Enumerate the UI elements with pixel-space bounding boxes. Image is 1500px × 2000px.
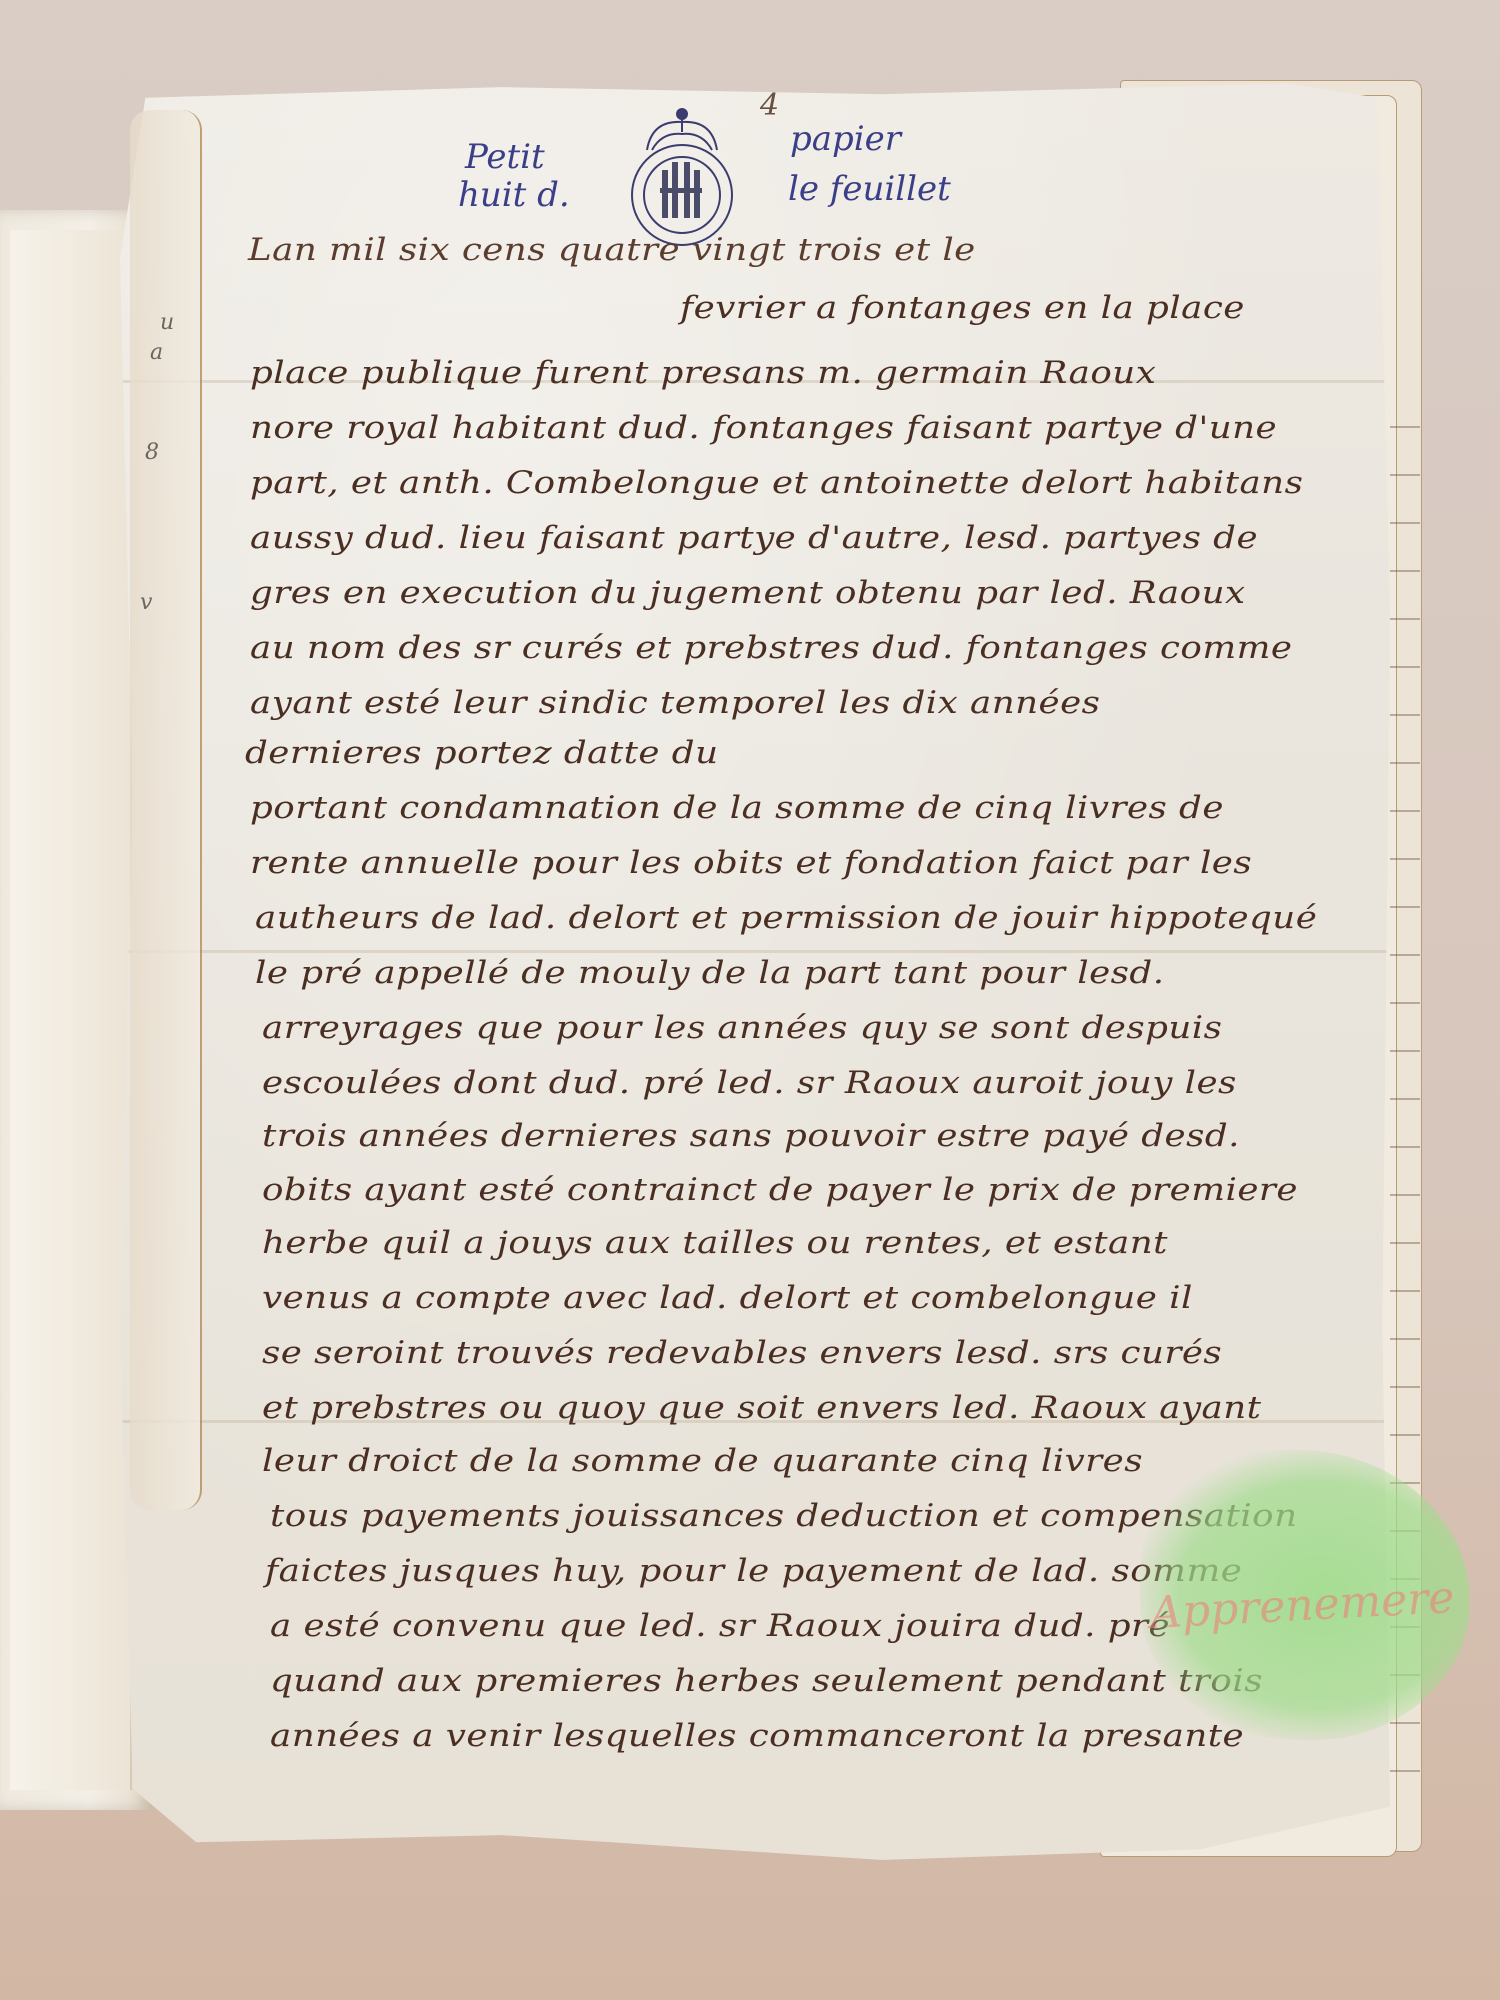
margin-mark: v <box>140 590 152 615</box>
left-leaf-inner <box>10 230 132 1790</box>
text-line: escoulées dont dud. pré led. sr Raoux au… <box>262 1065 1237 1101</box>
text-line: années a venir lesquelles commanceront l… <box>270 1718 1244 1754</box>
text-line: trois années dernieres sans pouvoir estr… <box>262 1118 1240 1154</box>
text-line: tous payements jouissances deduction et … <box>270 1498 1298 1534</box>
text-line: aussy dud. lieu faisant partye d'autre, … <box>250 520 1258 556</box>
text-line: part, et anth. Combelongue et antoinette… <box>250 465 1303 501</box>
text-line: quand aux premieres herbes seulement pen… <box>270 1663 1263 1699</box>
generalite-seal-icon: . <box>622 100 742 250</box>
stamp-label-feuillet: le feuillet <box>788 172 951 206</box>
text-line: a esté convenu que led. sr Raoux jouira … <box>270 1608 1170 1644</box>
margin-mark: u <box>160 310 174 335</box>
text-line: nore royal habitant dud. fontanges faisa… <box>250 410 1277 446</box>
text-line: faictes jusques huy, pour le payement de… <box>265 1553 1242 1589</box>
text-line: obits ayant esté contrainct de payer le … <box>262 1172 1298 1208</box>
stamp-label-huit: huit d. <box>458 178 570 212</box>
text-line: gres en execution du jugement obtenu par… <box>250 575 1246 611</box>
text-line: Lan mil six cens quatre vingt trois et l… <box>248 232 976 268</box>
text-line: venus a compte avec lad. delort et combe… <box>262 1280 1193 1316</box>
text-line: autheurs de lad. delort et permission de… <box>255 900 1317 936</box>
folio-number: 4 <box>760 88 779 123</box>
stamp-label-papier: papier <box>790 122 901 156</box>
text-line: fevrier a fontanges en la place <box>680 290 1245 326</box>
text-line: herbe quil a jouys aux tailles ou rentes… <box>262 1225 1168 1261</box>
paper-crease <box>120 950 1390 953</box>
text-line: dernieres portez datte du <box>245 735 718 771</box>
text-line: leur droict de la somme de quarante cinq… <box>262 1443 1143 1479</box>
text-line: place publique furent presans m. germain… <box>250 355 1156 391</box>
text-line: se seroint trouvés redevables envers les… <box>262 1335 1222 1371</box>
text-line: arreyrages que pour les années quy se so… <box>262 1010 1222 1046</box>
text-line: le pré appellé de mouly de la part tant … <box>255 955 1164 991</box>
text-line: au nom des sr curés et prebstres dud. fo… <box>250 630 1292 666</box>
text-line: ayant esté leur sindic temporel les dix … <box>250 685 1100 721</box>
text-line: rente annuelle pour les obits et fondati… <box>250 845 1252 881</box>
margin-mark: 8 <box>145 440 159 465</box>
margin-mark: a <box>150 340 163 365</box>
text-line: portant condamnation de la somme de cinq… <box>250 790 1224 826</box>
stamp-label-petit: Petit <box>465 140 545 174</box>
text-line: et prebstres ou quoy que soit envers led… <box>262 1390 1261 1426</box>
